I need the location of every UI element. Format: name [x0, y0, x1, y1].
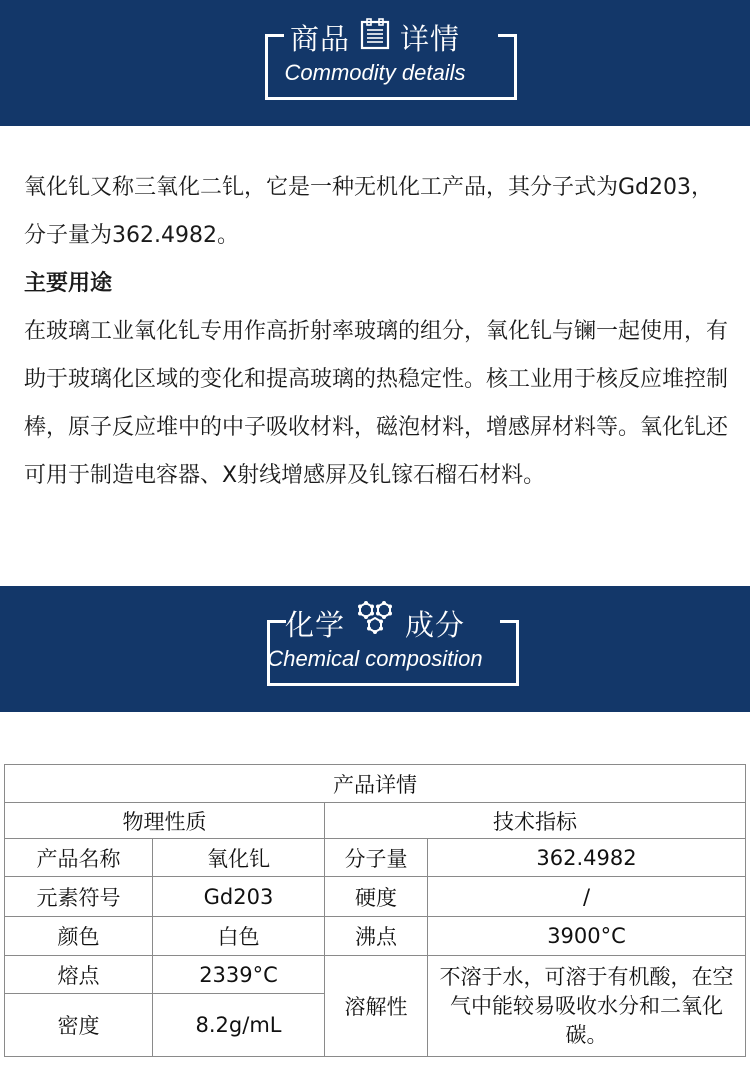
- intro-paragraph: 氧化钆又称三氧化二钆，它是一种无机化工产品，其分子式为Gd203，分子量为362…: [24, 164, 734, 260]
- table-group-row: 物理性质 技术指标: [5, 803, 746, 839]
- value-molecular-weight: 362.4982: [428, 839, 746, 877]
- commodity-details-banner: 商品 详情 Commodity details: [0, 0, 750, 126]
- value-melting-point: 2339°C: [153, 956, 325, 994]
- value-solubility: 不溶于水，可溶于有机酸，在空气中能较易吸收水分和二氧化碳。: [428, 956, 746, 1057]
- table-row: 元素符号 Gd203 硬度 /: [5, 877, 746, 917]
- uses-paragraph: 在玻璃工业氧化钆专用作高折射率玻璃的组分，氧化钆与镧一起使用，有助于玻璃化区域的…: [24, 308, 734, 500]
- value-color: 白色: [153, 917, 325, 956]
- table-row: 熔点 2339°C 溶解性 不溶于水，可溶于有机酸，在空气中能较易吸收水分和二氧…: [5, 956, 746, 994]
- banner-title-right: 详情: [400, 17, 460, 58]
- chemical-composition-banner: 化学 成分 Chemical composition: [0, 586, 750, 712]
- label-melting-point: 熔点: [5, 956, 153, 994]
- label-element-symbol: 元素符号: [5, 877, 153, 917]
- label-hardness: 硬度: [325, 877, 428, 917]
- banner-title-left: 商品: [290, 17, 350, 58]
- table-row: 颜色 白色 沸点 3900°C: [5, 917, 746, 956]
- table-title: 产品详情: [5, 765, 746, 803]
- label-color: 颜色: [5, 917, 153, 956]
- molecule-icon: [355, 601, 395, 646]
- banner-subtitle: Chemical composition: [0, 646, 750, 672]
- label-molecular-weight: 分子量: [325, 839, 428, 877]
- value-product-name: 氧化钆: [153, 839, 325, 877]
- notepad-icon: [360, 18, 390, 57]
- value-hardness: /: [428, 877, 746, 917]
- banner-title-left: 化学: [285, 603, 345, 644]
- product-description: 氧化钆又称三氧化二钆，它是一种无机化工产品，其分子式为Gd203，分子量为362…: [24, 164, 734, 500]
- group-physical-properties: 物理性质: [5, 803, 325, 839]
- label-solubility: 溶解性: [325, 956, 428, 1057]
- table-title-row: 产品详情: [5, 765, 746, 803]
- banner-title: 商品 详情: [0, 16, 750, 58]
- label-boiling-point: 沸点: [325, 917, 428, 956]
- value-density: 8.2g/mL: [153, 994, 325, 1057]
- table-row: 产品名称 氧化钆 分子量 362.4982: [5, 839, 746, 877]
- label-density: 密度: [5, 994, 153, 1057]
- group-technical-specs: 技术指标: [325, 803, 746, 839]
- uses-heading: 主要用途: [24, 260, 734, 308]
- banner-subtitle: Commodity details: [0, 60, 750, 86]
- value-boiling-point: 3900°C: [428, 917, 746, 956]
- banner-title: 化学 成分: [0, 602, 750, 644]
- label-product-name: 产品名称: [5, 839, 153, 877]
- product-spec-table: 产品详情 物理性质 技术指标 产品名称 氧化钆 分子量 362.4982 元素符…: [4, 764, 746, 1057]
- banner-title-right: 成分: [405, 603, 465, 644]
- value-element-symbol: Gd203: [153, 877, 325, 917]
